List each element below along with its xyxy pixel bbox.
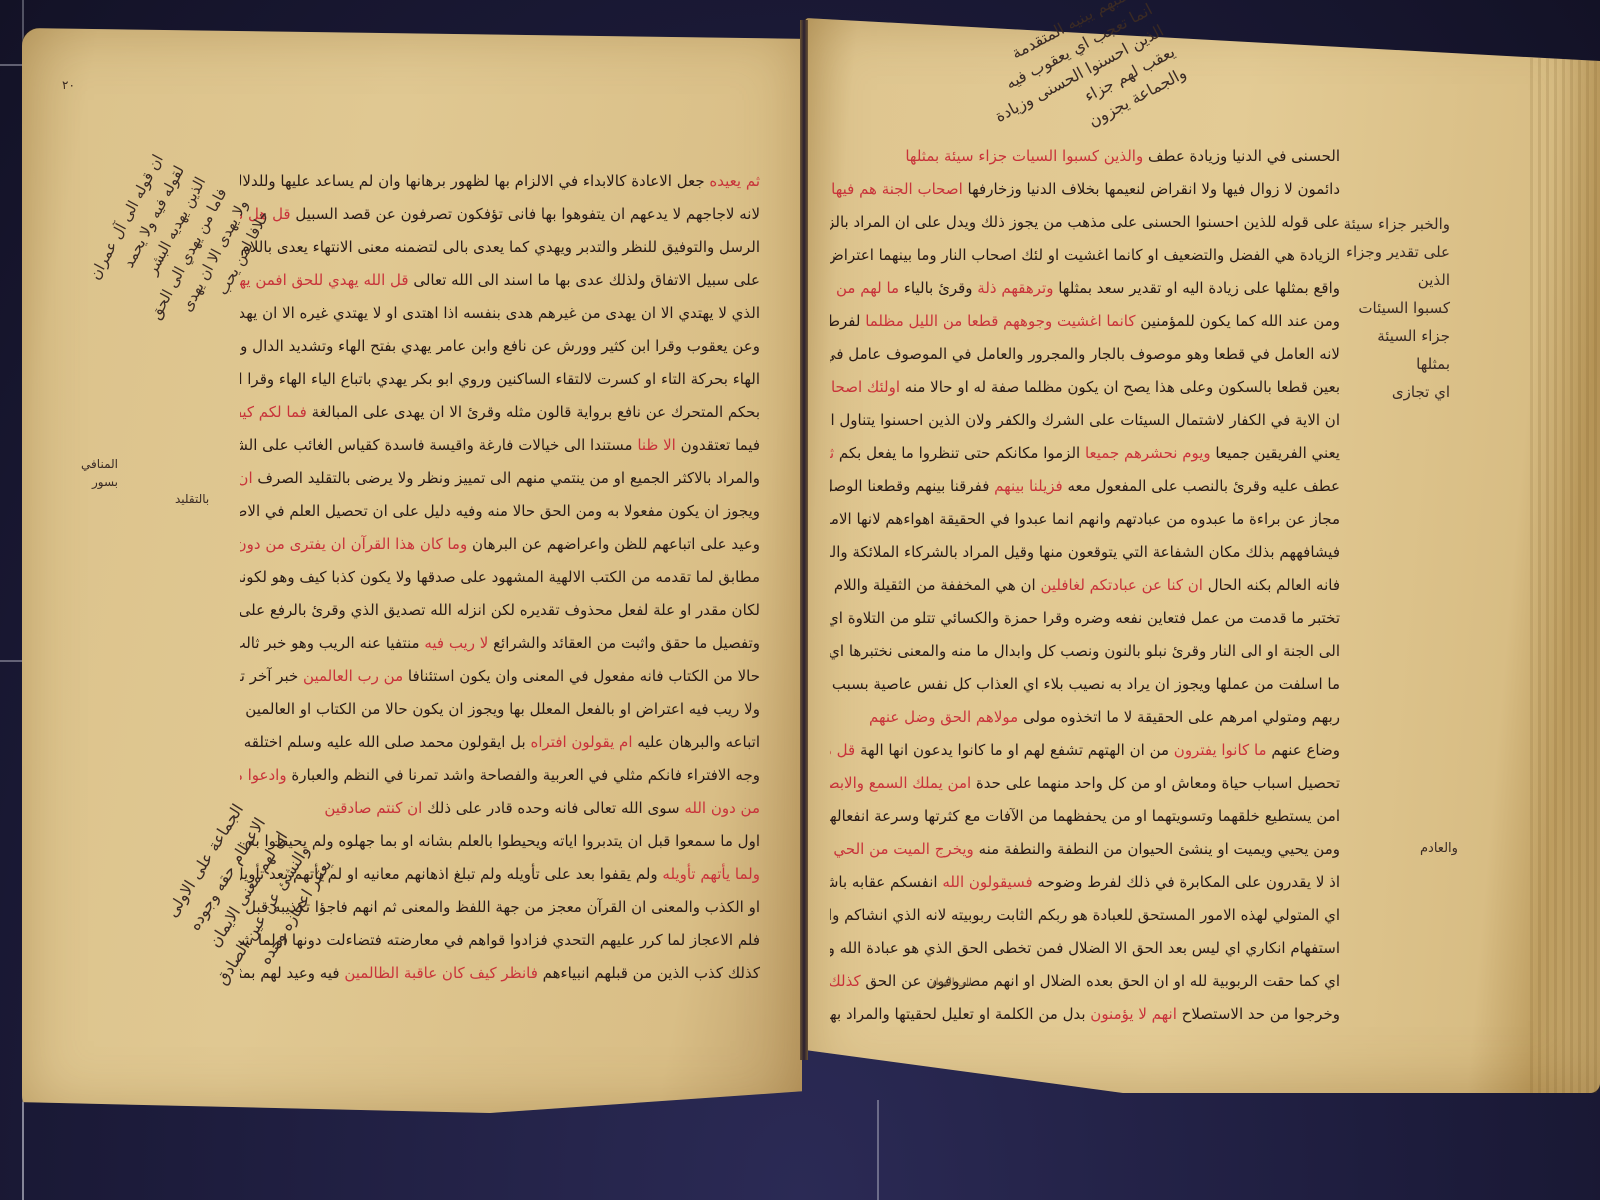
body-text: تحصيل اسباب حياة ومعاش او من كل واحد منه… bbox=[976, 774, 1340, 792]
body-text: فانه العالم بكنه الحال bbox=[1208, 576, 1340, 594]
margin-note-line: بسور bbox=[92, 475, 118, 489]
rubric-text: انهم لا يؤمنون bbox=[1090, 1005, 1181, 1023]
rubric-text: الا ظنا bbox=[637, 436, 680, 454]
manuscript-line: فانه العالم بكنه الحال ان كنا عن عبادتكم… bbox=[830, 569, 1340, 602]
manuscript-line: وخرجوا من حد الاستصلاح انهم لا يؤمنون بد… bbox=[830, 998, 1340, 1031]
body-text: عطف عليه وقرئ بالنصب على المفعول معه bbox=[1068, 477, 1341, 495]
rubric-text: من دون الله bbox=[684, 799, 760, 817]
mat-gridline bbox=[0, 64, 22, 66]
rubric-text: ما كانوا يفترون bbox=[1174, 741, 1272, 759]
margin-note-line: جزاء السيئة بمثلها bbox=[1340, 322, 1450, 378]
body-text: وخرجوا من حد الاستصلاح bbox=[1182, 1005, 1340, 1023]
manuscript-line: اي المتولي لهذه الامور المستحق للعبادة ه… bbox=[830, 899, 1340, 932]
manuscript-line: الى الجنة او الى النار وقرئ نبلو بالنون … bbox=[830, 635, 1340, 668]
rubric-text: وضل عنهم bbox=[869, 708, 940, 726]
manuscript-line: حالا من الكتاب فانه مفعول في المعنى وان … bbox=[240, 660, 760, 693]
manuscript-line: ثم يعيده جعل الاعادة كالابداء في الالزام… bbox=[240, 165, 760, 198]
body-text: ومن عند الله كما يكون للمؤمنين bbox=[1140, 312, 1340, 330]
rubric-text: ويوم نحشرهم جميعا bbox=[1085, 444, 1215, 462]
rubric-text: ثم نقول للذين اشركوا مكانكم bbox=[830, 444, 839, 462]
rubric-text: ثم يعيده bbox=[705, 172, 760, 190]
margin-note-line: كسبوا السيئات bbox=[1340, 294, 1450, 322]
manuscript-line: اول ما سمعوا قبل ان يتدبروا اياته ويحيطو… bbox=[240, 825, 760, 858]
manuscript-line: وجه الافتراء فانكم مثلي في العربية والفص… bbox=[240, 759, 760, 792]
body-text: وعيد على اتباعهم للظن واعراضهم عن البرها… bbox=[472, 535, 760, 553]
body-text: استفهام انكاري اي ليس بعد الحق الا الضلا… bbox=[830, 939, 1340, 957]
body-text: لفرط سوادها وظلمتها bbox=[830, 312, 865, 330]
body-text: وجه الافتراء فانكم مثلي في العربية والفص… bbox=[291, 766, 760, 784]
body-text: واقع بمثلها على زيادة اليه او تقدير سعد … bbox=[1058, 279, 1340, 297]
rubric-text: فانظر كيف كان عاقبة الظالمين bbox=[344, 964, 542, 982]
rubric-text: فما لكم كيف تحكمون bbox=[240, 403, 312, 421]
manuscript-line: ما اسلفت من عملها ويجوز ان يراد به نصيب … bbox=[830, 668, 1340, 701]
manuscript-line: بعين قطعا بالسكون وعلى هذا يصح ان يكون م… bbox=[830, 371, 1340, 404]
body-text: دائمون لا زوال فيها ولا انقراض لنعيمها ب… bbox=[968, 180, 1340, 198]
body-text: الزموا مكانكم حتى تنظروا ما يفعل بكم bbox=[839, 444, 1085, 462]
manuscript-line: وعيد على اتباعهم للظن واعراضهم عن البرها… bbox=[240, 528, 760, 561]
manuscript-line: تحصيل اسباب حياة ومعاش او من كل واحد منه… bbox=[830, 767, 1340, 800]
manuscript-line: كذلك كذب الذين من قبلهم انبياءهم فانظر ك… bbox=[240, 957, 760, 990]
margin-note-line: اي تجازى bbox=[1340, 378, 1450, 406]
body-text: اذ لا يقدرون على المكابرة في ذلك لفرط وض… bbox=[1037, 873, 1340, 891]
body-text: الرسل والتوفيق للنظر والتدبر ويهدي كما ي… bbox=[240, 238, 760, 256]
body-text: على سبيل الاتفاق ولذلك عدى بها ما اسند ا… bbox=[413, 271, 760, 289]
body-text: ففرقنا بينهم وقطعنا الوصل التي كانت بينه… bbox=[830, 477, 994, 495]
rubric-text: وادعوا من استطعتم bbox=[240, 766, 291, 784]
rubric-text: مولاهم الحق bbox=[940, 708, 1023, 726]
body-text: ومن يحيي ويميت او ينشئ الحيوان من النطفة… bbox=[979, 840, 1340, 858]
margin-note-line: المنافي bbox=[81, 457, 118, 471]
manuscript-line: وعن يعقوب وقرا ابن كثير وورش عن نافع واب… bbox=[240, 330, 760, 363]
manuscript-line: الذي لا يهتدي الا ان يهدى من غيرهم هدى ب… bbox=[240, 297, 760, 330]
manuscript-line: اذ لا يقدرون على المكابرة في ذلك لفرط وض… bbox=[830, 866, 1340, 899]
body-text: خبر آخر تقديره كائنا من رب العالمين bbox=[240, 667, 303, 685]
left-margin-note-taqlid: بالتقليد bbox=[175, 488, 209, 510]
body-text: اول ما سمعوا قبل ان يتدبروا اياته ويحيطو… bbox=[240, 832, 760, 850]
manuscript-line: لانه لاجاجهم لا يدعهم ان يتفوهوا بها فان… bbox=[240, 198, 760, 231]
body-text: مستندا الى خيالات فارغة واقيسة فاسدة كقي… bbox=[240, 436, 637, 454]
manuscript-line: الزيادة هي الفضل والتضعيف او كانما اغشيت… bbox=[830, 239, 1340, 272]
rubric-text: لا ريب فيه bbox=[424, 634, 493, 652]
manuscript-line: اتباعه والبرهان عليه ام يقولون افتراه بل… bbox=[240, 726, 760, 759]
manuscript-line: والمراد بالاكثر الجميع او من ينتمي منهم … bbox=[240, 462, 760, 495]
body-text: والمراد بالاكثر الجميع او من ينتمي منهم … bbox=[257, 469, 760, 487]
body-text: امن يستطيع خلقهما وتسويتهما او من يحفظهم… bbox=[830, 807, 1340, 825]
body-text: يعني الفريقين جميعا bbox=[1215, 444, 1340, 462]
body-text: فلم الاعجاز لما كرر عليهم التحدي فزادوا … bbox=[240, 931, 760, 949]
manuscript-line: على سبيل الاتفاق ولذلك عدى بها ما اسند ا… bbox=[240, 264, 760, 297]
body-text: ولا ريب فيه اعتراض او بالفعل المعلل بها … bbox=[240, 700, 760, 718]
body-text: تختبر ما قدمت من عمل فتعاين نفعه وضره وق… bbox=[830, 609, 1340, 627]
rubric-text: ما لهم من الله من عاصم bbox=[830, 279, 904, 297]
catchword: الى الوطر bbox=[930, 972, 972, 994]
manuscript-line: على قوله للذين احسنوا الحسنى على مذهب من… bbox=[830, 206, 1340, 239]
body-text: بعين قطعا بالسكون وعلى هذا يصح ان يكون م… bbox=[905, 378, 1340, 396]
body-text: بحكم المتحرك عن نافع برواية قالون مثله و… bbox=[312, 403, 760, 421]
body-text: مجاز عن براءة ما عبدوه من عبادتهم وانهم … bbox=[830, 510, 1340, 528]
rubric-text: اولئك اصحاب النار هم فيها خالدون bbox=[830, 378, 905, 396]
body-text: اي المتولي لهذه الامور المستحق للعبادة ه… bbox=[830, 906, 1340, 924]
body-text: وعن يعقوب وقرا ابن كثير وورش عن نافع واب… bbox=[240, 337, 760, 355]
manuscript-line: بحكم المتحرك عن نافع برواية قالون مثله و… bbox=[240, 396, 760, 429]
body-text: سوى الله تعالى فانه وحده قادر على ذلك bbox=[427, 799, 684, 817]
body-text: الهاء بحركة التاء او كسرت لالتقاء الساكن… bbox=[240, 370, 760, 388]
manuscript-line: ويجوز ان يكون مفعولا به ومن الحق حالا من… bbox=[240, 495, 760, 528]
manuscript-line: عطف عليه وقرئ بالنصب على المفعول معه فزي… bbox=[830, 470, 1340, 503]
body-text: جعل الاعادة كالابداء في الالزام بها لظهو… bbox=[240, 172, 705, 190]
margin-note-line: على تقدير وجزاء الذين bbox=[1340, 238, 1450, 294]
manuscript-line: لانه العامل في قطعا وهو موصوف بالجار وال… bbox=[830, 338, 1340, 371]
manuscript-line: تختبر ما قدمت من عمل فتعاين نفعه وضره وق… bbox=[830, 602, 1340, 635]
body-text: لكان مقدر او علة لفعل محذوف تقديره لكن ا… bbox=[240, 601, 760, 619]
left-margin-note-munafi: المنافي بسور bbox=[68, 455, 118, 491]
book-gutter bbox=[800, 20, 808, 1060]
rubric-text: كذلك حقت كلمة ربك bbox=[830, 972, 865, 990]
manuscript-line: امن يستطيع خلقهما وتسويتهما او من يحفظهم… bbox=[830, 800, 1340, 833]
manuscript-line: فيما تعتقدون الا ظنا مستندا الى خيالات ف… bbox=[240, 429, 760, 462]
manuscript-line: من دون الله سوى الله تعالى فانه وحده قاد… bbox=[240, 792, 760, 825]
body-text: الى الجنة او الى النار وقرئ نبلو بالنون … bbox=[830, 642, 1340, 660]
body-text: فيشافههم بذلك مكان الشفاعة التي يتوقعون … bbox=[830, 543, 1340, 561]
manuscript-line: فيشافههم بذلك مكان الشفاعة التي يتوقعون … bbox=[830, 536, 1340, 569]
body-text: الحسنى في الدنيا وزيادة عطف bbox=[1148, 147, 1340, 165]
mat-gridline bbox=[0, 660, 22, 662]
body-text: مطابق لما تقدمه من الكتب الالهية المشهود… bbox=[240, 568, 760, 586]
manuscript-line: مجاز عن براءة ما عبدوه من عبادتهم وانهم … bbox=[830, 503, 1340, 536]
manuscript-line: ولا ريب فيه اعتراض او بالفعل المعلل بها … bbox=[240, 693, 760, 726]
body-text: كذلك كذب الذين من قبلهم انبياءهم bbox=[543, 964, 760, 982]
body-text: وضاع عنهم bbox=[1271, 741, 1340, 759]
manuscript-line: يعني الفريقين جميعا ويوم نحشرهم جميعا ال… bbox=[830, 437, 1340, 470]
rubric-text: وترهقهم ذلة bbox=[977, 279, 1058, 297]
rubric-text: ان كنا عن عبادتكم لغافلين bbox=[1040, 576, 1207, 594]
body-text: منتفيا عنه الريب وهو خبر ثالث داخل في حك… bbox=[240, 634, 424, 652]
body-text: ويجوز ان يكون مفعولا به ومن الحق حالا من… bbox=[240, 502, 760, 520]
rubric-text: قل من يرزقكم من السماء والارض bbox=[830, 741, 860, 759]
manuscript-line: لكان مقدر او علة لفعل محذوف تقديره لكن ا… bbox=[240, 594, 760, 627]
manuscript-line: ان الاية في الكفار لاشتمال السيئات على ا… bbox=[830, 404, 1340, 437]
body-text: لانه العامل في قطعا وهو موصوف بالجار وال… bbox=[830, 345, 1340, 363]
body-text: بل ايقولون محمد صلى الله عليه وسلم اختلق… bbox=[244, 733, 531, 751]
manuscript-line: الهاء بحركة التاء او كسرت لالتقاء الساكن… bbox=[240, 363, 760, 396]
body-text: بدل من الكلمة او تعليل لحقيتها والمراد ب… bbox=[830, 1005, 1090, 1023]
rubric-text: ولما يأتهم تأويله bbox=[662, 865, 760, 883]
manuscript-line: مطابق لما تقدمه من الكتب الالهية المشهود… bbox=[240, 561, 760, 594]
rubric-text: وما كان هذا القرآن ان يفترى من دون الله bbox=[240, 535, 472, 553]
manuscript-line: الرسل والتوفيق للنظر والتدبر ويهدي كما ي… bbox=[240, 231, 760, 264]
rubric-text: امن يملك السمع والابصار bbox=[830, 774, 976, 792]
body-text: على قوله للذين احسنوا الحسنى على مذهب من… bbox=[830, 213, 1340, 231]
body-text: لانه لاجاجهم لا يدعهم ان يتفوهوا بها فان… bbox=[295, 205, 760, 223]
page-edges bbox=[1530, 58, 1600, 1098]
right-margin-note-block: والخبر جزاء سيئةعلى تقدير وجزاء الذينكسب… bbox=[1340, 210, 1450, 406]
body-text: وقرئ بالياء bbox=[904, 279, 977, 297]
rubric-text: فزيلنا بينهم bbox=[994, 477, 1067, 495]
margin-note-line: والخبر جزاء سيئة bbox=[1340, 210, 1450, 238]
body-text: ربهم ومتولي امرهم على الحقيقة لا ما اتخذ… bbox=[1023, 708, 1340, 726]
manuscript-line: ومن يحيي ويميت او ينشئ الحيوان من النطفة… bbox=[830, 833, 1340, 866]
body-text: الزيادة هي الفضل والتضعيف او كانما اغشيت… bbox=[830, 246, 1340, 264]
body-text: الذي لا يهتدي الا ان يهدى من غيرهم هدى ب… bbox=[240, 304, 760, 322]
body-text: حالا من الكتاب فانه مفعول في المعنى وان … bbox=[408, 667, 760, 685]
rubric-text: ان كنتم صادقين bbox=[324, 799, 427, 817]
right-page-text-block: الحسنى في الدنيا وزيادة عطف والذين كسبوا… bbox=[830, 140, 1340, 1031]
right-margin-note-single: والعادم bbox=[1420, 838, 1458, 860]
mat-gridline bbox=[877, 1100, 879, 1200]
rubric-text: ان الظن لا يغني من الحق شيئا bbox=[240, 469, 257, 487]
rubric-text: كانما اغشيت وجوههم قطعا من الليل مظلما bbox=[865, 312, 1140, 330]
body-text: ان هي المخففة من الثقيلة واللام هي الفار… bbox=[830, 576, 1040, 594]
body-text: من ان الهتهم تشفع لهم او ما كانوا يدعون … bbox=[860, 741, 1174, 759]
manuscript-line: ربهم ومتولي امرهم على الحقيقة لا ما اتخذ… bbox=[830, 701, 1340, 734]
manuscript-line: اي كما حقت الربوبية لله او ان الحق بعده … bbox=[830, 965, 1340, 998]
body-text: ان الاية في الكفار لاشتمال السيئات على ا… bbox=[830, 411, 1340, 429]
manuscript-line: واقع بمثلها على زيادة اليه او تقدير سعد … bbox=[830, 272, 1340, 305]
body-text: فيما تعتقدون bbox=[681, 436, 760, 454]
rubric-text: ام يقولون افتراه bbox=[530, 733, 637, 751]
rubric-text: ويخرج الميت من الحي bbox=[833, 840, 978, 858]
folio-number: ٢٠ bbox=[62, 78, 75, 92]
manuscript-line: وضاع عنهم ما كانوا يفترون من ان الهتهم ت… bbox=[830, 734, 1340, 767]
rubric-text: فسيقولون الله bbox=[942, 873, 1037, 891]
manuscript-line: فلم الاعجاز لما كرر عليهم التحدي فزادوا … bbox=[240, 924, 760, 957]
manuscript-line: استفهام انكاري اي ليس بعد الحق الا الضلا… bbox=[830, 932, 1340, 965]
body-text: انفسكم عقابه باشراككم اياه ما لا يشاركه bbox=[830, 873, 942, 891]
body-text: ما اسلفت من عملها ويجوز ان يراد به نصيب … bbox=[830, 675, 1340, 693]
body-text: اتباعه والبرهان عليه bbox=[637, 733, 760, 751]
manuscript-line: وتفصيل ما حقق واثبت من العقائد والشرائع … bbox=[240, 627, 760, 660]
body-text: وتفصيل ما حقق واثبت من العقائد والشرائع bbox=[493, 634, 760, 652]
rubric-text: من رب العالمين bbox=[303, 667, 408, 685]
manuscript-line: ومن عند الله كما يكون للمؤمنين كانما اغش… bbox=[830, 305, 1340, 338]
rubric-text: قل الله يهدي للحق افمن يهدي الى الحق احق… bbox=[240, 271, 413, 289]
